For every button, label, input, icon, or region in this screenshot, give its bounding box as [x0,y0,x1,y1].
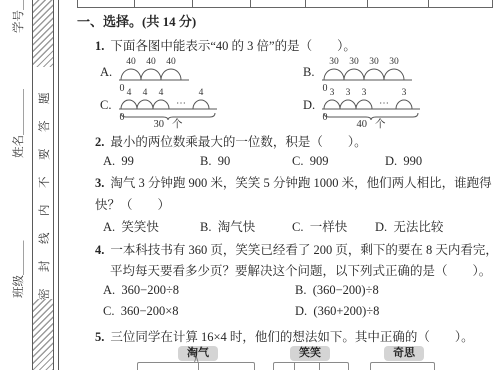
seal-hatch-top [33,0,53,67]
svg-text:4: 4 [199,88,204,98]
q4-option-b: B. (360−200)÷8 [295,283,379,298]
question-3-number: 3. [95,176,104,190]
q2-option-d: D. 990 [385,154,422,169]
number-line: 3333⋯040个 [321,87,426,133]
question-4-line1: 4.一本科技书有 360 页，笑笑已经看了 200 页，剩下的要在 8 天内看完… [95,240,495,258]
thought-box-qisi [370,362,435,370]
question-2-number: 2. [95,135,104,149]
option-letter: A. [100,65,112,80]
thought-box-taoqi [137,362,255,370]
svg-text:3: 3 [362,88,367,98]
score-table-tick [492,0,493,7]
question-2: 2.最小的两位数乘最大的一位数，积是（ ）。 [95,132,367,150]
question-5: 5.三位同学在计算 16×4 时，他们的想法如下。其中正确的（ ）。 [95,327,474,345]
question-3-line1: 3.淘气 3 分钟跑 900 米，笑笑 5 分钟跑 1000 米，他们两人相比，… [95,173,492,191]
question-4-number: 4. [95,243,104,257]
question-1-text: 下面各图中能表示“40 的 3 倍”的是（ ）。 [110,39,355,53]
question-4-options-row1: A. 360−200÷8B. (360−200)÷8 [0,283,495,299]
q4-option-d: D. (360+200)÷8 [295,304,379,319]
question-4-line2: 平均每天要看多少页？要解决这个问题，以下列式正确的是（ ）。 [110,261,491,279]
score-table-line [77,7,493,8]
name-blank: ＿＿＿＿ [13,89,25,135]
seal-line-text: 密封线内不要答题 [36,70,52,300]
q2-option-b: B. 90 [200,154,230,169]
svg-text:3: 3 [402,88,407,98]
q3-option-b: B. 淘气快 [200,217,255,235]
svg-text:30: 30 [154,119,165,130]
student-id-field: 学号＿＿＿ [10,0,26,33]
student-id-label: 学号 [13,10,25,33]
student-bubble-qisi: 奇思 [384,346,424,361]
svg-text:⋯: ⋯ [379,98,389,109]
score-table-tick [77,0,78,7]
q3-option-d: D. 无法比较 [375,217,443,235]
q1-option-c-diagram: C.4444⋯030个 [100,87,310,133]
svg-text:4: 4 [143,88,148,98]
svg-text:30: 30 [349,57,359,67]
question-3-line2: 快？（ ） [95,195,170,213]
option-letter: D. [303,98,315,113]
question-5-text: 三位同学在计算 16×4 时，他们的想法如下。其中正确的（ ）。 [110,330,473,344]
question-2-text: 最小的两位数乘最大的一位数，积是（ ）。 [110,135,366,149]
score-table-tick [428,0,429,7]
class-blank: ＿＿＿ [13,241,25,276]
exam-paper: 学号＿＿＿ 姓名＿＿＿＿ 班级＿＿＿ 密封线内不要答题 一、选择。(共 14 分… [0,0,495,370]
q3-option-c: C. 一样快 [292,217,347,235]
score-table-tick [305,0,306,7]
question-4-text-line2: 平均每天要看多少页？要解决这个问题，以下列式正确的是（ ）。 [110,264,491,278]
svg-text:0: 0 [120,112,125,123]
q4-option-a: A. 360−200÷8 [103,283,179,298]
svg-text:30: 30 [389,57,399,67]
svg-text:40: 40 [166,57,176,67]
score-table-tick [250,0,251,7]
question-3-text-line1: 淘气 3 分钟跑 900 米，笑笑 5 分钟跑 1000 米，他们两人相比，谁跑… [110,176,491,190]
svg-text:40: 40 [357,119,368,130]
question-4-text-line1: 一本科技书有 360 页，笑笑已经看了 200 页，剩下的要在 8 天内看完， [110,243,495,257]
name-field: 姓名＿＿＿＿ [10,58,26,158]
svg-text:40: 40 [146,57,156,67]
box-divider [319,363,320,370]
section-title: 一、选择。(共 14 分) [77,11,196,30]
q2-option-a: A. 99 [103,154,134,169]
number-line: 4444⋯030个 [118,87,223,133]
svg-text:个: 个 [375,117,386,130]
svg-text:40: 40 [126,57,136,67]
svg-text:个: 个 [172,117,183,130]
svg-text:30: 30 [329,57,339,67]
score-table-tick [192,0,193,7]
question-4-options-row2: C. 360−200×8D. (360+200)÷8 [0,304,495,320]
svg-text:3: 3 [346,88,351,98]
q2-option-c: C. 909 [292,154,328,169]
score-table-tick [367,0,368,7]
score-table-tick [134,0,135,7]
option-letter: B. [303,65,314,80]
q4-option-c: C. 360−200×8 [103,304,179,319]
q3-option-a: A. 笑笑快 [103,217,159,235]
svg-text:0: 0 [323,112,328,123]
svg-text:30: 30 [369,57,379,67]
question-2-options: A. 99B. 90C. 909D. 990 [0,154,495,170]
q1-option-d-diagram: D.3333⋯040个 [303,87,495,133]
thought-box-xiaoxiao [273,362,349,370]
question-1: 1.下面各图中能表示“40 的 3 倍”的是（ ）。 [95,36,356,54]
svg-text:3: 3 [330,88,335,98]
box-divider [198,363,199,370]
svg-text:4: 4 [159,88,164,98]
student-id-blank: ＿＿＿ [13,0,25,10]
option-letter: C. [100,98,111,113]
svg-text:⋯: ⋯ [176,98,186,109]
question-3-text-line2: 快？（ ） [95,198,170,212]
student-bubble-xiaoxiao: 笑笑 [290,346,330,361]
question-1-number: 1. [95,39,104,53]
question-5-number: 5. [95,330,104,344]
svg-text:4: 4 [127,88,132,98]
box-divider [294,363,295,370]
question-3-options: A. 笑笑快B. 淘气快C. 一样快D. 无法比较 [0,217,495,233]
